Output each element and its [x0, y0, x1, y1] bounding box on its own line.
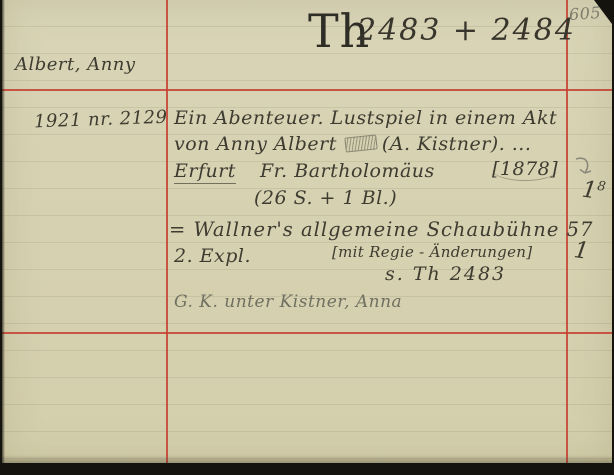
author-line-start: von Anny Albert — [174, 133, 337, 155]
card-corner-cut — [594, 0, 612, 24]
general-catalog-note: G. K. unter Kistner, Anna — [174, 292, 402, 312]
author-heading: Albert, Anny — [15, 54, 136, 75]
shelfmark-numbers: 2483 + 2484 — [357, 13, 576, 48]
author-line-end: (A. Kistner). ... — [382, 133, 532, 155]
copy-count-b: 1 — [572, 237, 590, 265]
horizontal-rule-top — [2, 89, 612, 91]
accession-number: 1921 nr. 2129 — [34, 107, 168, 133]
copy-count-a: 18 — [580, 177, 606, 206]
copy-note: 2. Expl. — [174, 245, 251, 267]
copy-detail-bracket: [mit Regie - Änderungen] — [332, 243, 532, 261]
cross-reference-shelfmark: s. Th 2483 — [385, 263, 506, 285]
title-line: Ein Abenteuer. Lustspiel in einem Akt — [174, 107, 557, 129]
collation-note: (26 S. + 1 Bl.) — [254, 187, 397, 209]
card-bottom-edge-shadow — [2, 455, 612, 463]
publisher-name: Fr. Bartholomäus — [260, 160, 435, 182]
vertical-rule-left — [166, 0, 168, 463]
card-left-edge-shadow — [2, 0, 5, 463]
catalog-card-scan: Th 2483 + 2484 605 Albert, Anny 1921 nr.… — [0, 0, 614, 475]
publication-year: [1878] — [492, 158, 558, 181]
publication-place: Erfurt — [174, 160, 236, 184]
index-card: Th 2483 + 2484 605 Albert, Anny 1921 nr.… — [2, 0, 612, 463]
horizontal-rule-bottom — [2, 332, 612, 334]
copy-count-a-superscript: 8 — [596, 179, 606, 195]
strikeout-scribble — [344, 134, 377, 152]
series-line: = Wallner's allgemeine Schaubühne 57 — [169, 218, 593, 241]
author-line: von Anny Albert(A. Kistner). ... — [174, 133, 531, 155]
